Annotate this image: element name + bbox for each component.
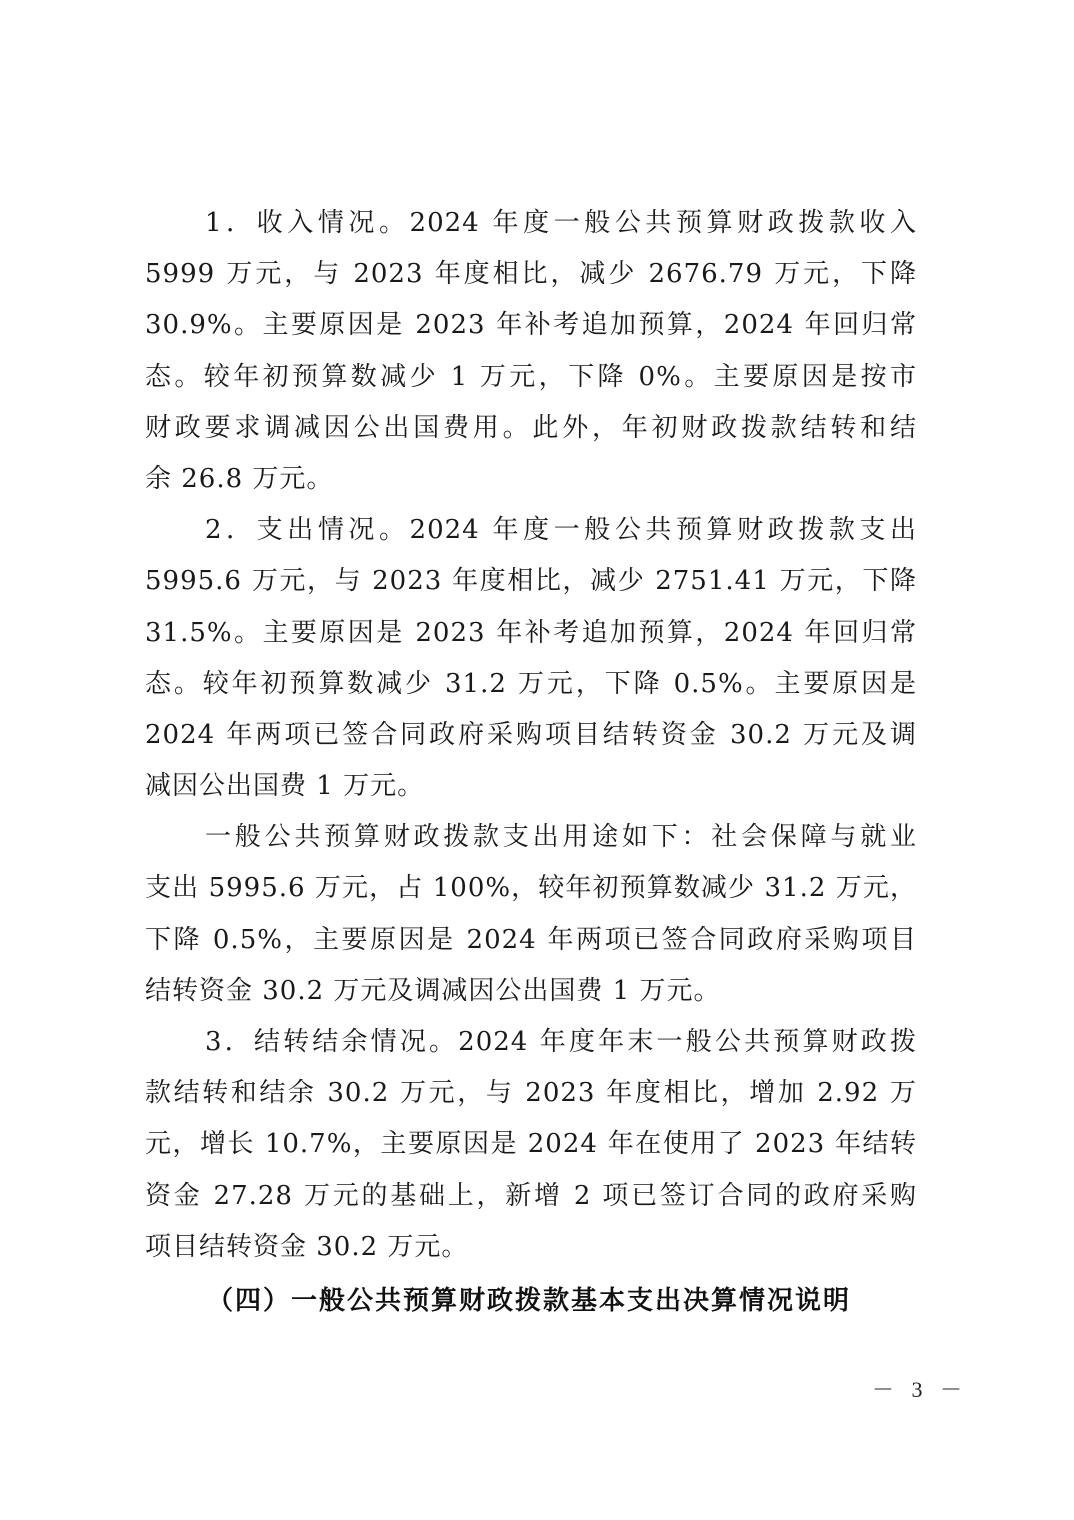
text-line: 余 26.8 万元。 [145,454,917,505]
paragraph-income: 1．收入情况。2024 年度一般公共预算财政拨款收入 5999 万元，与 202… [145,198,917,505]
text-line: 30.9%。主要原因是 2023 年补考追加预算，2024 年回归常 [145,300,917,351]
text-line: 款结转和结余 30.2 万元，与 2023 年度相比，增加 2.92 万 [145,1068,917,1119]
text-line: 结转资金 30.2 万元及调减因公出国费 1 万元。 [145,966,917,1017]
text-line: 一般公共预算财政拨款支出用途如下：社会保障与就业 [145,812,917,863]
text-line: 资金 27.28 万元的基础上，新增 2 项已签订合同的政府采购 [145,1171,917,1222]
text-line: 元，增长 10.7%，主要原因是 2024 年在使用了 2023 年结转 [145,1119,917,1170]
text-line: 3．结转结余情况。2024 年度年末一般公共预算财政拨 [145,1017,917,1068]
text-line: 态。较年初预算数减少 1 万元，下降 0%。主要原因是按市 [145,352,917,403]
document-page: 1．收入情况。2024 年度一般公共预算财政拨款收入 5999 万元，与 202… [0,0,1074,1520]
text-line: 31.5%。主要原因是 2023 年补考追加预算，2024 年回归常 [145,608,917,659]
text-line: 5995.6 万元，与 2023 年度相比，减少 2751.41 万元，下降 [145,556,917,607]
text-line: 减因公出国费 1 万元。 [145,761,917,812]
text-line: 5999 万元，与 2023 年度相比，减少 2676.79 万元，下降 [145,249,917,300]
text-line: 下降 0.5%，主要原因是 2024 年两项已签合同政府采购项目 [145,915,917,966]
text-line: 2．支出情况。2024 年度一般公共预算财政拨款支出 [145,505,917,556]
page-number: － 3 － [872,1373,968,1404]
text-line: 项目结转资金 30.2 万元。 [145,1222,917,1273]
text-line: 1．收入情况。2024 年度一般公共预算财政拨款收入 [145,198,917,249]
paragraph-expenditure: 2．支出情况。2024 年度一般公共预算财政拨款支出 5995.6 万元，与 2… [145,505,917,812]
document-body: 1．收入情况。2024 年度一般公共预算财政拨款收入 5999 万元，与 202… [145,198,917,1329]
text-line: 态。较年初预算数减少 31.2 万元，下降 0.5%。主要原因是 [145,659,917,710]
paragraph-usage: 一般公共预算财政拨款支出用途如下：社会保障与就业 支出 5995.6 万元，占 … [145,812,917,1017]
paragraph-carryover: 3．结转结余情况。2024 年度年末一般公共预算财政拨 款结转和结余 30.2 … [145,1017,917,1273]
text-line: 支出 5995.6 万元，占 100%，较年初预算数减少 31.2 万元， [145,863,917,914]
text-line: 2024 年两项已签合同政府采购项目结转资金 30.2 万元及调 [145,710,917,761]
section-heading: （四）一般公共预算财政拨款基本支出决算情况说明 [145,1273,917,1329]
text-line: 财政要求调减因公出国费用。此外，年初财政拨款结转和结 [145,403,917,454]
